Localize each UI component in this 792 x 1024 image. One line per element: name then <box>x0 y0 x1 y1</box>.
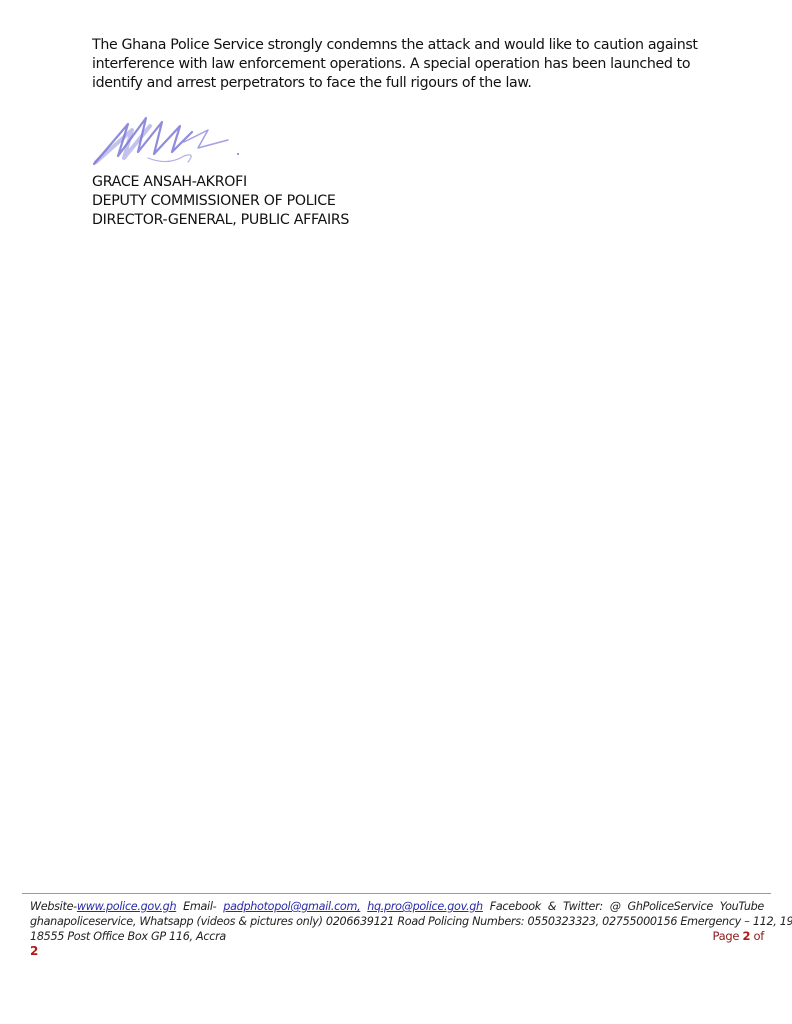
page-number: Page 2 of <box>712 929 764 944</box>
footer-numbers-line: ghanapoliceservice, Whatsapp (videos & p… <box>30 914 764 929</box>
social-handles: Facebook & Twitter: @ GhPoliceService Yo… <box>490 900 764 913</box>
website-link[interactable]: www.police.gov.gh <box>77 900 176 913</box>
email-link-1[interactable]: padphotopol@gmail.com, <box>223 900 360 913</box>
signatory-rank: DEPUTY COMMISSIONER OF POLICE <box>92 192 349 211</box>
website-label: Website- <box>30 900 77 913</box>
email-link-2[interactable]: hq.pro@police.gov.gh <box>367 900 483 913</box>
email-label: Email- <box>183 900 216 913</box>
address: 18555 Post Office Box GP 116, Accra <box>30 930 226 943</box>
signature-block: GRACE ANSAH-AKROFI DEPUTY COMMISSIONER O… <box>92 173 349 230</box>
footer: Website-www.police.gov.gh Email- padphot… <box>30 899 764 959</box>
footer-contact-line: Website-www.police.gov.gh Email- padphot… <box>30 899 764 914</box>
signature-icon <box>88 112 248 172</box>
signatory-name: GRACE ANSAH-AKROFI <box>92 173 349 192</box>
footer-divider <box>22 893 771 894</box>
signatory-title: DIRECTOR-GENERAL, PUBLIC AFFAIRS <box>92 211 349 230</box>
footer-address-line: 18555 Post Office Box GP 116, Accra Page… <box>30 929 764 944</box>
page-total: 2 <box>30 944 764 959</box>
statement-paragraph: The Ghana Police Service strongly condem… <box>92 36 712 93</box>
